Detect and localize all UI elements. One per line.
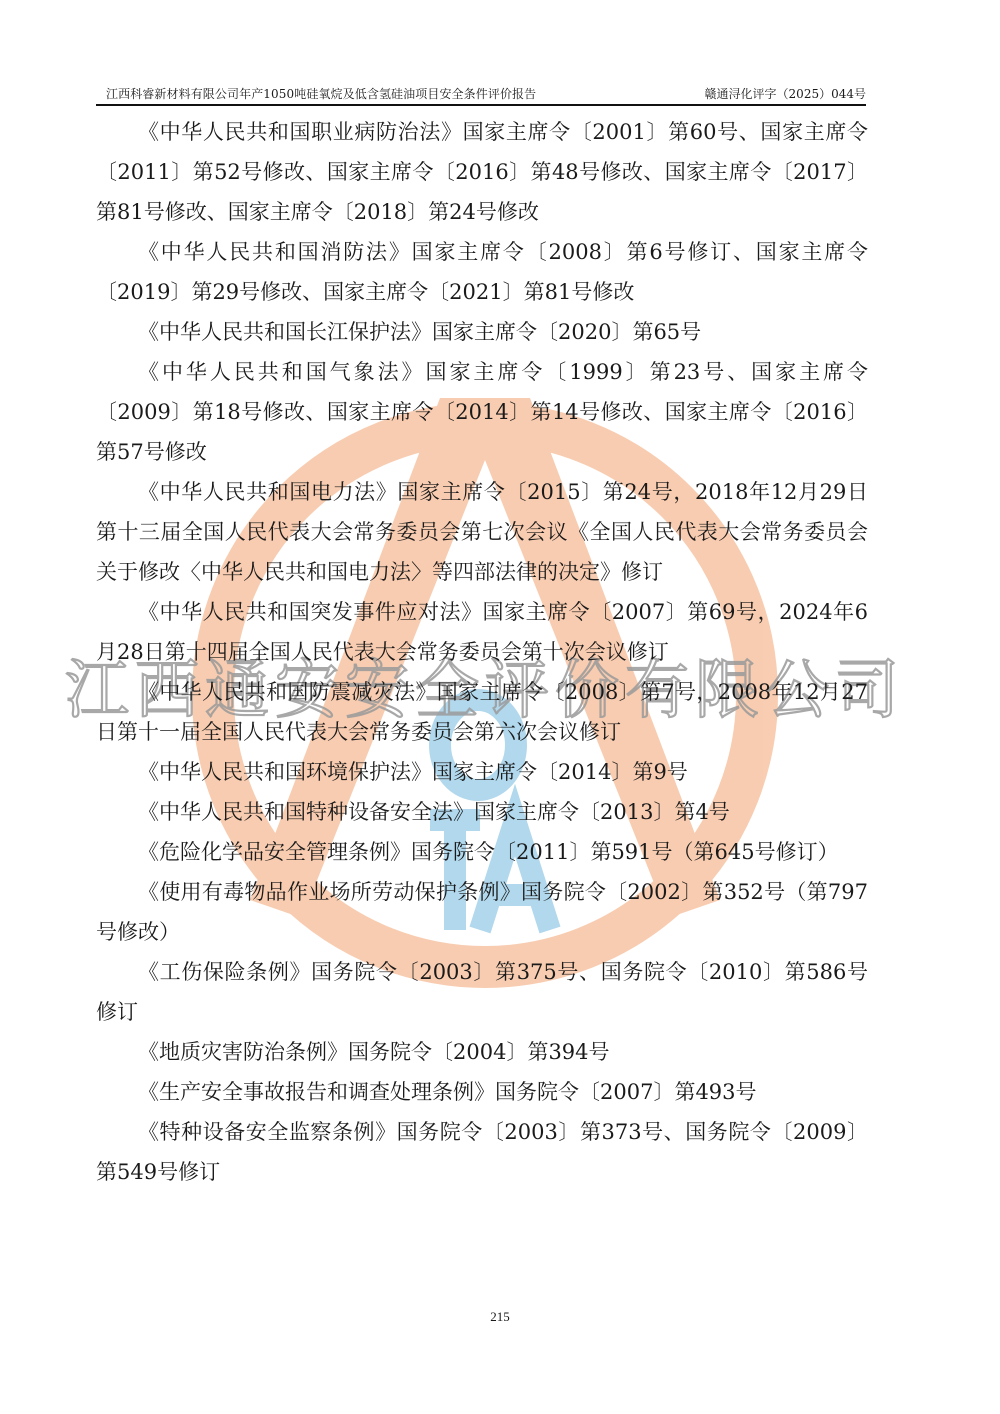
list-item: 《使用有毒物品作业场所劳动保护条例》国务院令〔2002〕第352号（第797号修…	[96, 872, 868, 952]
list-item: 《中华人民共和国职业病防治法》国家主席令〔2001〕第60号、国家主席令〔201…	[96, 112, 868, 232]
list-item: 《中华人民共和国特种设备安全法》国家主席令〔2013〕第4号	[96, 792, 868, 832]
list-item: 《中华人民共和国电力法》国家主席令〔2015〕第24号，2018年12月29日第…	[96, 472, 868, 592]
page-number: 215	[0, 1309, 1000, 1325]
list-item: 《中华人民共和国防震减灾法》国家主席令〔2008〕第7号，2008年12月27日…	[96, 672, 868, 752]
list-item: 《中华人民共和国气象法》国家主席令〔1999〕第23号、国家主席令〔2009〕第…	[96, 352, 868, 472]
list-item: 《危险化学品安全管理条例》国务院令〔2011〕第591号（第645号修订）	[96, 832, 868, 872]
list-item: 《中华人民共和国突发事件应对法》国家主席令〔2007〕第69号，2024年6月2…	[96, 592, 868, 672]
list-item: 《中华人民共和国环境保护法》国家主席令〔2014〕第9号	[96, 752, 868, 792]
list-item: 《生产安全事故报告和调查处理条例》国务院令〔2007〕第493号	[96, 1072, 868, 1112]
list-item: 《工伤保险条例》国务院令〔2003〕第375号、国务院令〔2010〕第586号修…	[96, 952, 868, 1032]
list-item: 《中华人民共和国长江保护法》国家主席令〔2020〕第65号	[96, 312, 868, 352]
list-item: 《特种设备安全监察条例》国务院令〔2003〕第373号、国务院令〔2009〕第5…	[96, 1112, 868, 1192]
report-title: 江西科睿新材料有限公司年产1050吨硅氧烷及低含氢硅油项目安全条件评价报告	[106, 86, 536, 102]
list-item: 《地质灾害防治条例》国务院令〔2004〕第394号	[96, 1032, 868, 1072]
page-header: 江西科睿新材料有限公司年产1050吨硅氧烷及低含氢硅油项目安全条件评价报告 赣通…	[96, 84, 866, 106]
list-item: 《中华人民共和国消防法》国家主席令〔2008〕第6号修订、国家主席令〔2019〕…	[96, 232, 868, 312]
report-code: 赣通浔化评字（2025）044号	[705, 86, 866, 102]
regulation-list: 《中华人民共和国职业病防治法》国家主席令〔2001〕第60号、国家主席令〔201…	[96, 112, 868, 1192]
